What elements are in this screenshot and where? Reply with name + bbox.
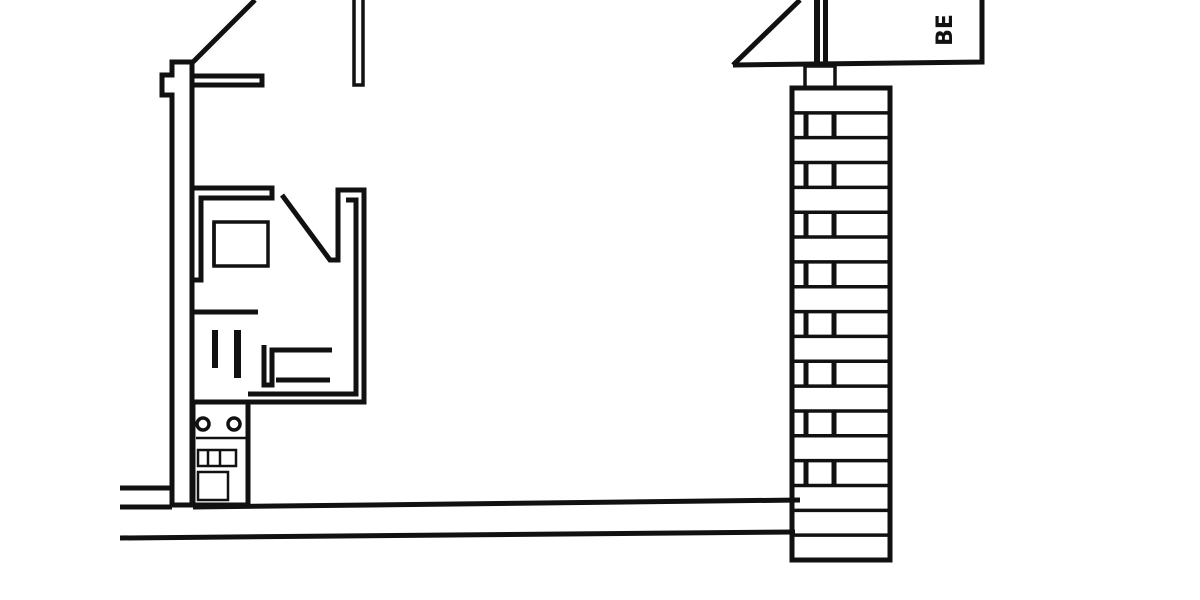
left-wing [120,0,364,507]
corridor [120,500,800,538]
floor-plan-drawing: BE [0,0,1200,600]
room-label: BE [933,14,958,46]
right-wing: BE [733,0,982,88]
stair [792,88,890,560]
